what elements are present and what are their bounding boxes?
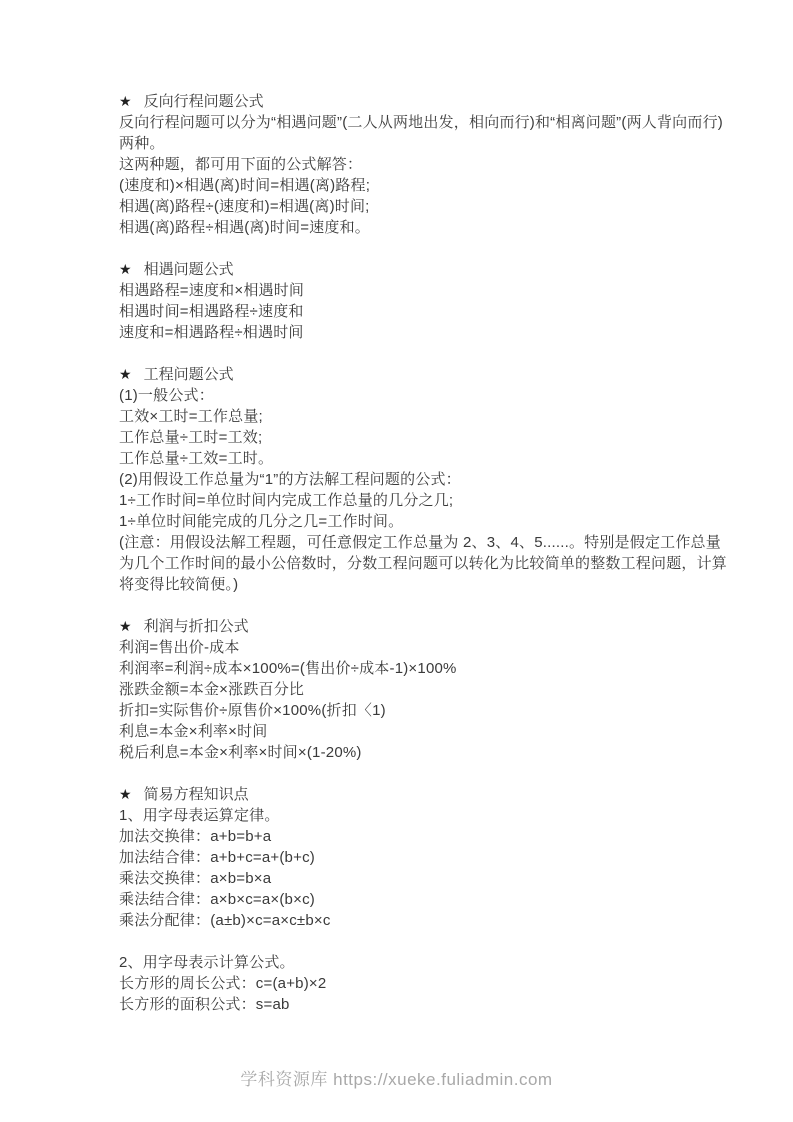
section-meeting-problem-formula: ★相遇问题公式 相遇路程=速度和×相遇时间 相遇时间=相遇路程÷速度和 速度和=… <box>119 259 685 343</box>
formula-line: 加法交换律：a+b=b+a <box>119 826 685 847</box>
section-title: 简易方程知识点 <box>144 786 249 803</box>
section-profit-discount-formula: ★利润与折扣公式 利润=售出价-成本 利润率=利润÷成本×100%=(售出价÷成… <box>119 616 685 763</box>
watermark-footer: 学科资源库 https://xueke.fuliadmin.com <box>0 1065 793 1090</box>
formula-line: 乘法结合律：a×b×c=a×(b×c) <box>119 889 685 910</box>
formula-line: 反向行程问题可以分为“相遇问题”(二人从两地出发，相向而行)和“相离问题”(两人… <box>119 112 685 133</box>
star-icon: ★ <box>119 364 132 385</box>
formula-line: 乘法交换律：a×b=b×a <box>119 868 685 889</box>
section-heading: ★工程问题公式 <box>119 364 685 385</box>
formula-line: 涨跌金额=本金×涨跌百分比 <box>119 679 685 700</box>
formula-line: 工作总量÷工效=工时。 <box>119 448 685 469</box>
section-letter-calculation-formulas: 2、用字母表示计算公式。 长方形的周长公式：c=(a+b)×2 长方形的面积公式… <box>119 952 685 1015</box>
formula-line: (2)用假设工作总量为“1”的方法解工程问题的公式： <box>119 469 685 490</box>
formula-line: 相遇(离)路程÷(速度和)=相遇(离)时间; <box>119 196 685 217</box>
section-heading: ★简易方程知识点 <box>119 784 685 805</box>
formula-line: 相遇路程=速度和×相遇时间 <box>119 280 685 301</box>
document-body: ★反向行程问题公式 反向行程问题可以分为“相遇问题”(二人从两地出发，相向而行)… <box>119 91 685 1015</box>
formula-line: 工作总量÷工时=工效; <box>119 427 685 448</box>
formula-line: 利润=售出价-成本 <box>119 637 685 658</box>
section-heading: ★反向行程问题公式 <box>119 91 685 112</box>
formula-line: 加法结合律：a+b+c=a+(b+c) <box>119 847 685 868</box>
section-reverse-trip-formula: ★反向行程问题公式 反向行程问题可以分为“相遇问题”(二人从两地出发，相向而行)… <box>119 91 685 238</box>
formula-line: 利息=本金×利率×时间 <box>119 721 685 742</box>
formula-line: 折扣=实际售价÷原售价×100%(折扣〈1) <box>119 700 685 721</box>
section-title: 相遇问题公式 <box>144 261 234 278</box>
formula-line: 乘法分配律：(a±b)×c=a×c±b×c <box>119 910 685 931</box>
formula-line: 这两种题，都可用下面的公式解答： <box>119 154 685 175</box>
formula-line: 速度和=相遇路程÷相遇时间 <box>119 322 685 343</box>
star-icon: ★ <box>119 616 132 637</box>
formula-line: 长方形的面积公式：s=ab <box>119 994 685 1015</box>
formula-line: (速度和)×相遇(离)时间=相遇(离)路程; <box>119 175 685 196</box>
formula-line: 相遇(离)路程÷相遇(离)时间=速度和。 <box>119 217 685 238</box>
section-engineering-problem-formula: ★工程问题公式 (1)一般公式： 工效×工时=工作总量; 工作总量÷工时=工效;… <box>119 364 685 595</box>
section-title: 反向行程问题公式 <box>144 93 264 110</box>
formula-line: 相遇时间=相遇路程÷速度和 <box>119 301 685 322</box>
formula-line: 工效×工时=工作总量; <box>119 406 685 427</box>
note-line: 将变得比较简便。) <box>119 574 685 595</box>
list-item: 1、用字母表运算定律。 <box>119 805 685 826</box>
star-icon: ★ <box>119 91 132 112</box>
formula-line: 两种。 <box>119 133 685 154</box>
section-heading: ★利润与折扣公式 <box>119 616 685 637</box>
note-line: 为几个工作时间的最小公倍数时，分数工程问题可以转化为比较简单的整数工程问题，计算 <box>119 553 685 574</box>
section-heading: ★相遇问题公式 <box>119 259 685 280</box>
formula-line: 利润率=利润÷成本×100%=(售出价÷成本-1)×100% <box>119 658 685 679</box>
star-icon: ★ <box>119 259 132 280</box>
formula-line: 1÷单位时间能完成的几分之几=工作时间。 <box>119 511 685 532</box>
formula-line: (1)一般公式： <box>119 385 685 406</box>
formula-line: 1÷工作时间=单位时间内完成工作总量的几分之几; <box>119 490 685 511</box>
formula-line: 长方形的周长公式：c=(a+b)×2 <box>119 973 685 994</box>
note-line: (注意：用假设法解工程题，可任意假定工作总量为 2、3、4、5......。特别… <box>119 532 685 553</box>
footer-text: 学科资源库 https://xueke.fuliadmin.com <box>240 1070 552 1089</box>
section-title: 利润与折扣公式 <box>144 618 249 635</box>
formula-line: 税后利息=本金×利率×时间×(1-20%) <box>119 742 685 763</box>
section-title: 工程问题公式 <box>144 366 234 383</box>
star-icon: ★ <box>119 784 132 805</box>
section-simple-equation-notes: ★简易方程知识点 1、用字母表运算定律。 加法交换律：a+b=b+a 加法结合律… <box>119 784 685 931</box>
list-item: 2、用字母表示计算公式。 <box>119 952 685 973</box>
